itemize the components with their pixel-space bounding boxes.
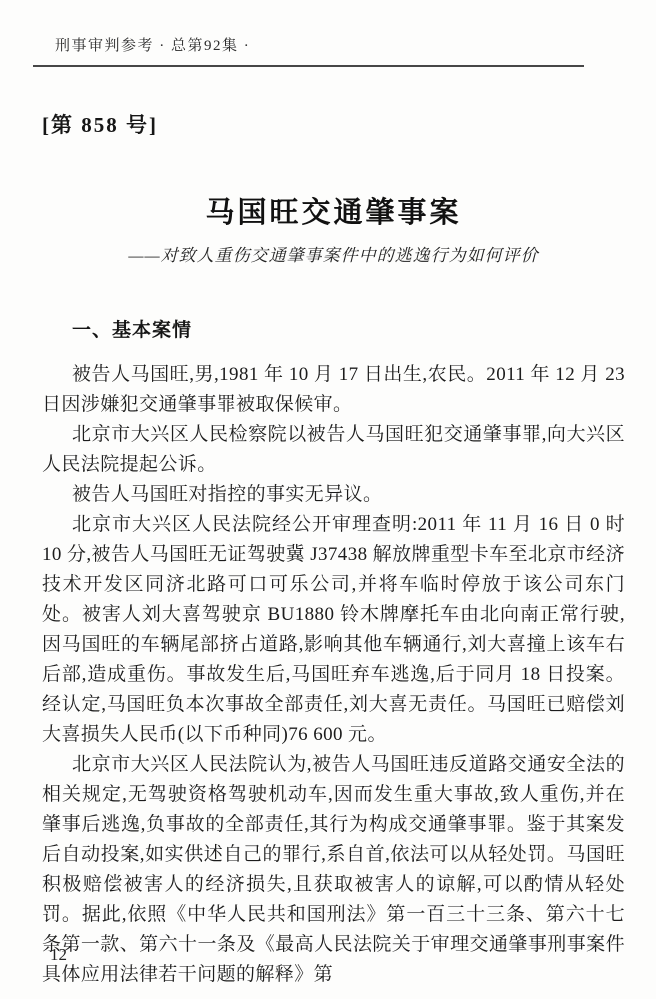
paragraph-no-objection: 被告人马国旺对指控的事实无异议。	[42, 480, 625, 510]
body-text: 被告人马国旺,男,1981 年 10 月 17 日出生,农民。2011 年 12…	[42, 360, 625, 990]
paragraph-defendant-info: 被告人马国旺,男,1981 年 10 月 17 日出生,农民。2011 年 12…	[42, 360, 625, 420]
page-number: 12	[50, 945, 67, 965]
case-subtitle: ——对致人重伤交通肇事案件中的逃逸行为如何评价	[42, 244, 625, 268]
case-title: 马国旺交通肇事案	[42, 196, 625, 230]
section-heading-basic-facts: 一、基本案情	[42, 318, 625, 344]
paragraph-court-findings: 北京市大兴区人民法院经公开审理查明:2011 年 11 月 16 日 0 时 1…	[42, 510, 625, 750]
case-number: [第 858 号]	[42, 112, 625, 138]
header-rule	[33, 65, 584, 67]
running-header: 刑事审判参考 · 总第92集 ·	[42, 38, 625, 55]
scanned-book-page: 刑事审判参考 · 总第92集 · [第 858 号] 马国旺交通肇事案 ——对致…	[0, 0, 656, 999]
paragraph-court-opinion: 北京市大兴区人民法院认为,被告人马国旺违反道路交通安全法的相关规定,无驾驶资格驾…	[42, 750, 625, 990]
paragraph-prosecution: 北京市大兴区人民检察院以被告人马国旺犯交通肇事罪,向大兴区人民法院提起公诉。	[42, 420, 625, 480]
running-header-text: 刑事审判参考 · 总第92集 ·	[55, 38, 250, 54]
